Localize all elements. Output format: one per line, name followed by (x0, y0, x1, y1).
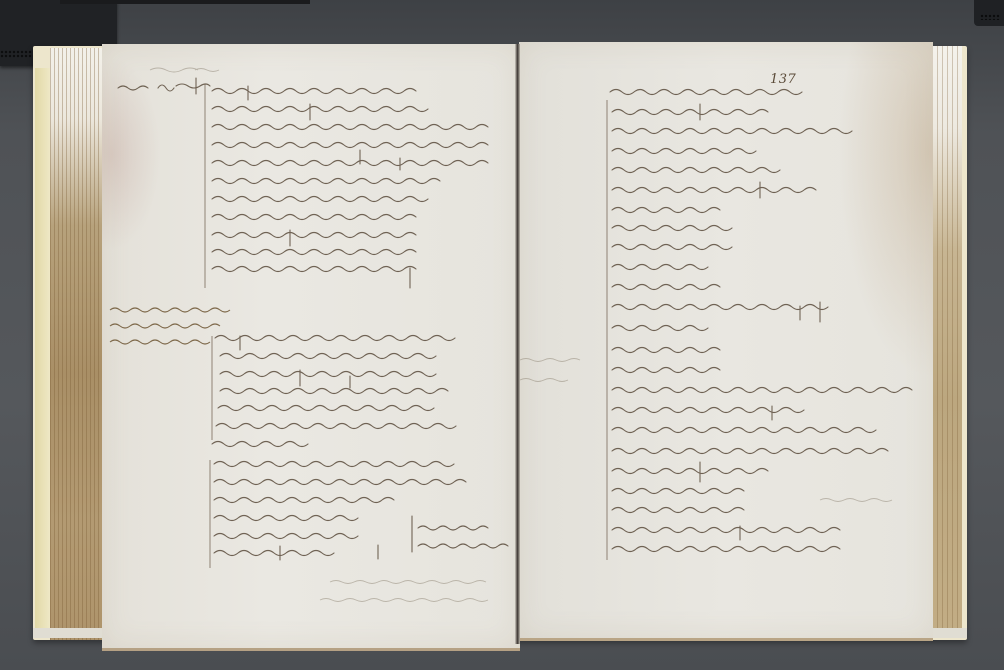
show-through-right (520, 359, 892, 502)
left-page-handwriting (0, 0, 1004, 670)
header-note-line-2 (118, 78, 210, 94)
itemized-list-right (610, 90, 912, 552)
header-note (150, 68, 219, 72)
show-through (320, 581, 488, 602)
itemized-list-left (214, 462, 466, 561)
signature-note (412, 516, 508, 552)
entry-block-2 (212, 336, 456, 447)
entry-block-1 (212, 86, 488, 288)
